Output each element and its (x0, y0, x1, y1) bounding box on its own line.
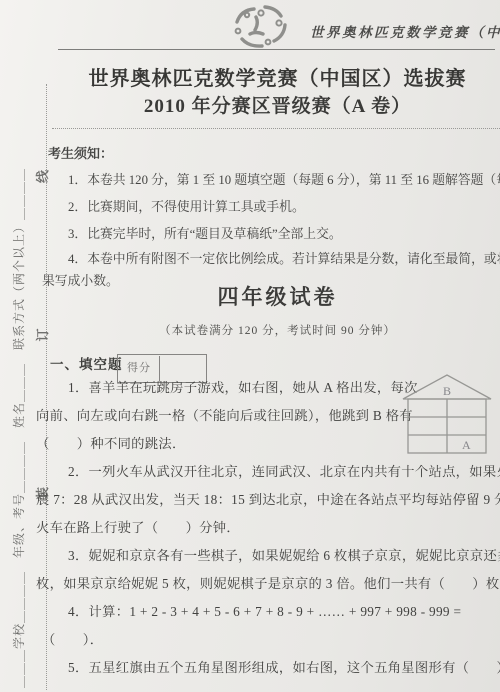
paper-meta: （本试卷满分 120 分，考试时间 90 分钟） (55, 322, 500, 338)
q5-line-1: 5．五星红旗由五个五角星图形组成，如右图，这个五角星图形有（ ）条； (36, 654, 500, 682)
candidate-notice: 考生须知： 1．本卷共 120 分，第 1 至 10 题填空题（每题 6 分），… (42, 141, 500, 291)
page-subtitle: 2010 年分赛区晋级赛（A 卷） (55, 91, 500, 118)
grade-title: 四年级试卷 (55, 281, 500, 311)
house-roof-label: B (443, 384, 451, 398)
q4-line-1: 4．计算：1 + 2 - 3 + 4 + 5 - 6 + 7 + 8 - 9 +… (36, 598, 500, 626)
notice-heading: 考生须知： (42, 141, 500, 167)
hopscotch-house-figure: B A (400, 372, 494, 456)
q2-line-1: 2．一列火车从武汉开往北京，连同武汉、北京在内共有十个站点，如果火车早 (36, 458, 500, 486)
exam-paper-scan: { "header": { "cursive": "世界奥林匹克数学竞赛（中",… (0, 0, 500, 692)
q3-line-1: 3．妮妮和京京各有一些棋子，如果妮妮给 6 枚棋子京京，妮妮比京京还多 (36, 542, 500, 570)
notice-item-3: 3．比赛完毕时，所有“题目及草稿纸”全部上交。 (42, 221, 500, 248)
student-info-fields: ＿＿＿学校＿＿＿＿ 年级、考号＿＿＿＿ 姓名＿＿＿ 联系方式（两个以上）＿＿＿＿ (10, 82, 28, 688)
notice-item-4: 4．本卷中所有附图不一定依比例绘成。若计算结果是分数，请化至最简，或将计算结 (42, 248, 500, 271)
notice-item-1: 1．本卷共 120 分，第 1 至 10 题填空题（每题 6 分），第 11 至… (42, 167, 500, 194)
header-script-title: 世界奥林匹克数学竞赛（中 (310, 21, 500, 43)
dotted-divider (52, 128, 500, 129)
q2-line-3: 火车在路上行驶了（ ）分钟． (36, 514, 500, 542)
page-title: 世界奥林匹克数学竞赛（中国区）选拔赛 (55, 62, 500, 91)
competition-logo-icon (222, 2, 294, 50)
header-rule (58, 49, 495, 50)
q2-line-2: 晨 7：28 从武汉出发，当天 18：15 到达北京，中途在各站点平均每站停留 … (36, 486, 500, 514)
notice-item-2: 2．比赛期间，不得使用计算工具或手机。 (42, 194, 500, 221)
q3-line-2: 枚，如果京京给妮妮 5 枚，则妮妮棋子是京京的 3 倍。他们一共有（ ）枚棋子 (36, 570, 500, 598)
q4-line-2: （ ）． (36, 626, 500, 654)
house-cell-label: A (462, 438, 471, 452)
